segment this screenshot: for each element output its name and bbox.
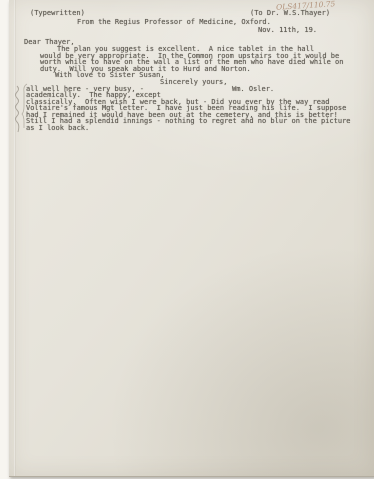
closing: Sincerely yours, <box>160 79 227 86</box>
letter-date: Nov. 11th, 19. <box>258 27 317 34</box>
margin-pencil-annotation <box>10 78 32 140</box>
letterhead-from-line: From the Regius Professor of Medicine, O… <box>77 19 271 26</box>
postscript-line: as I look back. <box>26 125 89 132</box>
letter-scan: (Typewritten) OLS417/110.75 (To Dr. W.S.… <box>0 0 374 479</box>
recipient-note: (To Dr. W.S.Thayer) <box>250 10 330 17</box>
typewritten-note: (Typewritten) <box>30 10 85 17</box>
page-paper: (Typewritten) OLS417/110.75 (To Dr. W.S.… <box>9 0 374 477</box>
signature: Wm. Osler. <box>232 86 274 93</box>
body-line: With love to Sister Susan, <box>55 72 165 79</box>
